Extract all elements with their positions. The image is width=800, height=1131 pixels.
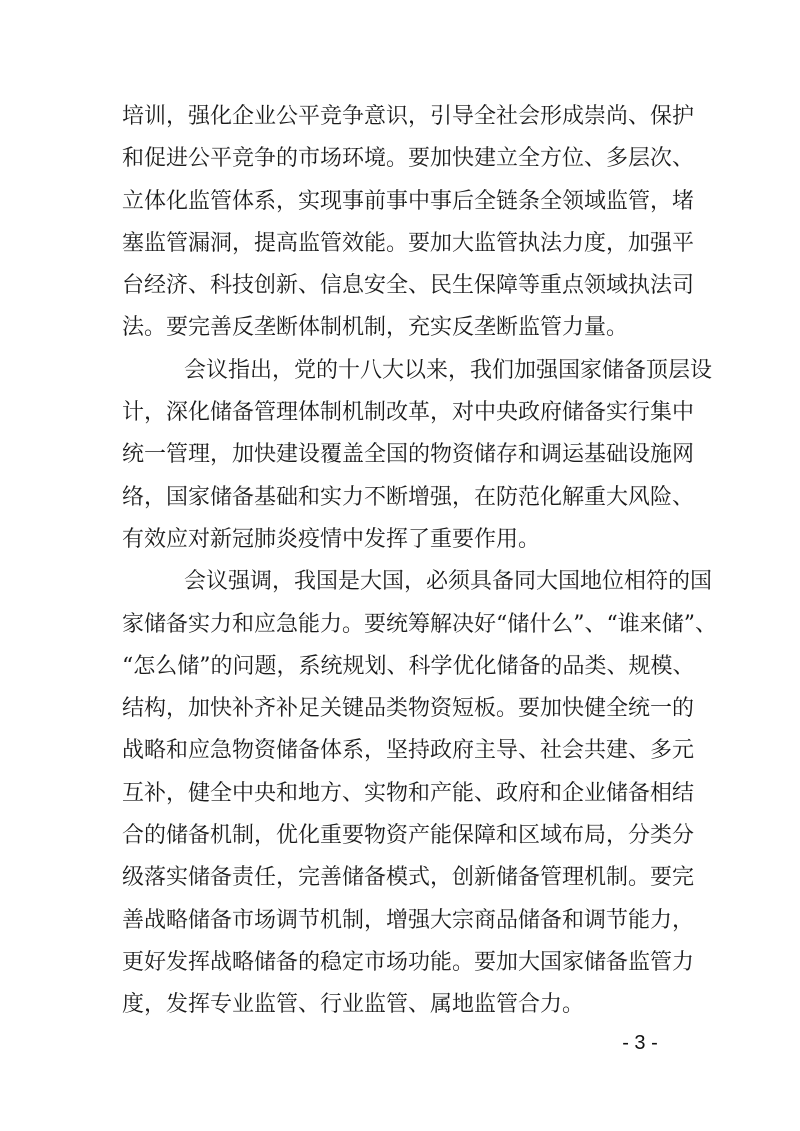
text-line: 计，深化储备管理体制机制改革，对中央政府储备实行集中 — [122, 392, 682, 434]
text-line: “怎么储”的问题，系统规划、科学优化储备的品类、规模、 — [122, 646, 682, 688]
text-line: 络，国家储备基础和实力不断增强，在防范化解重大风险、 — [122, 477, 682, 519]
text-line: 有效应对新冠肺炎疫情中发挥了重要作用。 — [122, 519, 682, 561]
text-line: 立体化监管体系，实现事前事中事后全链条全领域监管，堵 — [122, 181, 682, 223]
text-line: 统一管理，加快建设覆盖全国的物资储存和调运基础设施网 — [122, 434, 682, 476]
text-line: 度，发挥专业监管、行业监管、属地监管合力。 — [122, 984, 682, 1026]
text-line: 家储备实力和应急能力。要统筹解决好“储什么”、“谁来储”、 — [122, 604, 682, 646]
text-line: 合的储备机制，优化重要物资产能保障和区域布局，分类分 — [122, 815, 682, 857]
text-line: 会议指出，党的十八大以来，我们加强国家储备顶层设 — [122, 350, 682, 392]
text-line: 互补，健全中央和地方、实物和产能、政府和企业储备相结 — [122, 773, 682, 815]
text-line: 战略和应急物资储备体系，坚持政府主导、社会共建、多元 — [122, 730, 682, 772]
text-line: 和促进公平竞争的市场环境。要加快建立全方位、多层次、 — [122, 138, 682, 180]
page-number: - 3 - — [610, 1032, 670, 1055]
text-line: 善战略储备市场调节机制，增强大宗商品储备和调节能力， — [122, 900, 682, 942]
text-line: 级落实储备责任，完善储备模式，创新储备管理机制。要完 — [122, 857, 682, 899]
document-page: 培训，强化企业公平竞争意识，引导全社会形成崇尚、保护和促进公平竞争的市场环境。要… — [0, 0, 800, 1131]
body-text: 培训，强化企业公平竞争意识，引导全社会形成崇尚、保护和促进公平竞争的市场环境。要… — [122, 96, 682, 1027]
text-line: 台经济、科技创新、信息安全、民生保障等重点领域执法司 — [122, 265, 682, 307]
text-line: 会议强调，我国是大国，必须具备同大国地位相符的国 — [122, 561, 682, 603]
text-line: 法。要完善反垄断体制机制，充实反垄断监管力量。 — [122, 307, 682, 349]
text-line: 塞监管漏洞，提高监管效能。要加大监管执法力度，加强平 — [122, 223, 682, 265]
text-line: 结构，加快补齐补足关键品类物资短板。要加快健全统一的 — [122, 688, 682, 730]
text-line: 更好发挥战略储备的稳定市场功能。要加大国家储备监管力 — [122, 942, 682, 984]
text-line: 培训，强化企业公平竞争意识，引导全社会形成崇尚、保护 — [122, 96, 682, 138]
